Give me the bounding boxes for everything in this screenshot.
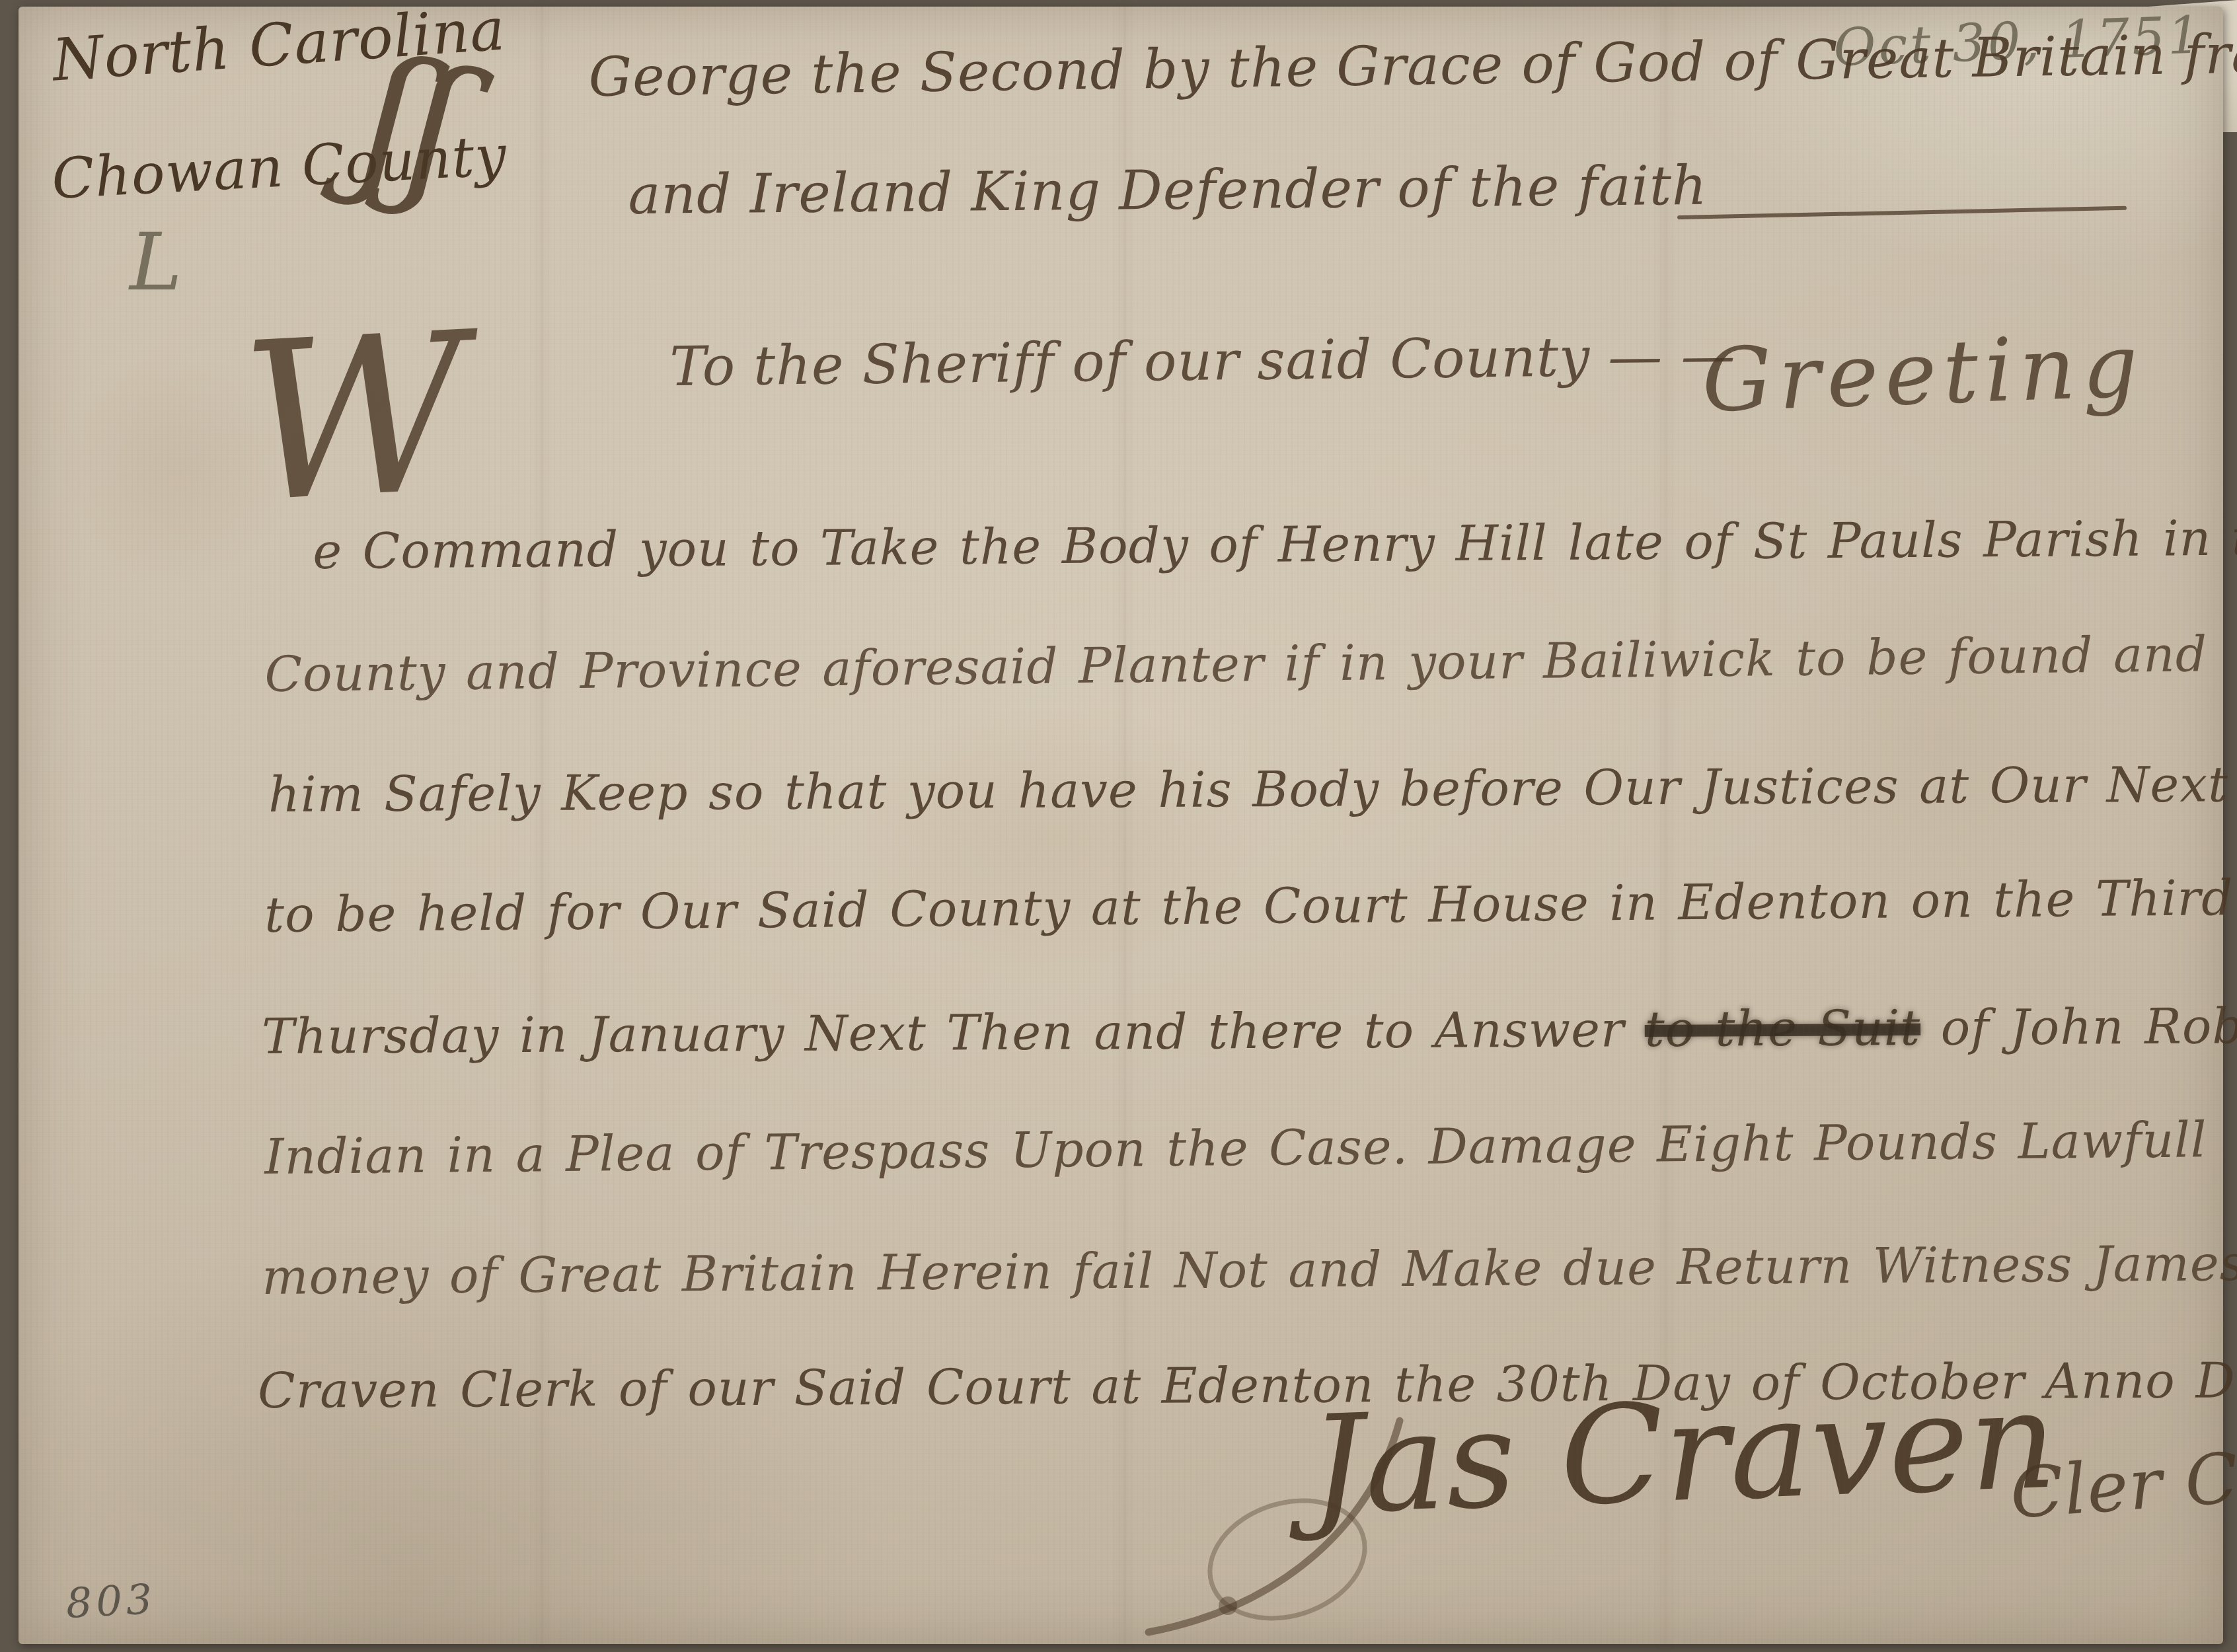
body-line-1: e Command you to Take the Body of Henry …: [313, 509, 2237, 580]
body-line-5: Thursday in January Next Then and there …: [262, 998, 2237, 1065]
body-line-7: money of Great Britain Herein fail Not a…: [262, 1234, 2237, 1306]
document-photo: Oct 30, 1751 L 803 North Carolina Chowan…: [0, 0, 2237, 1652]
signature-flourish: [1089, 1408, 1433, 1652]
greeting-word: Greeting: [1700, 315, 2146, 432]
archival-number: 803: [65, 1575, 157, 1628]
pencil-letter-annotation: L: [130, 217, 182, 309]
initial-letter-w: W: [237, 285, 474, 550]
royal-style-line-1: George the Second by the Grace of God of…: [588, 21, 2237, 108]
struck-text: to the Suit: [1645, 1000, 1921, 1058]
body-line-5-text: Thursday in January Next Then and there …: [262, 1001, 1645, 1065]
body-line-4: to be held for Our Said County at the Co…: [264, 869, 2237, 944]
body-line-2: County and Province aforesaid Planter if…: [264, 626, 2208, 703]
manuscript-paper: Oct 30, 1751 L 803 North Carolina Chowan…: [19, 7, 2223, 1644]
salutation-line: To the Sheriff of our said County — —: [669, 324, 1736, 398]
royal-style-line-2: and Ireland King Defender of the faith: [628, 155, 1708, 227]
body-line-6: Indian in a Plea of Trespass Upon the Ca…: [264, 1111, 2207, 1185]
ink-rule: [1677, 206, 2127, 219]
body-line-5-continued: of John Robin: [1920, 998, 2237, 1057]
body-line-3: him Safely Keep so that you have his Bod…: [268, 755, 2237, 823]
